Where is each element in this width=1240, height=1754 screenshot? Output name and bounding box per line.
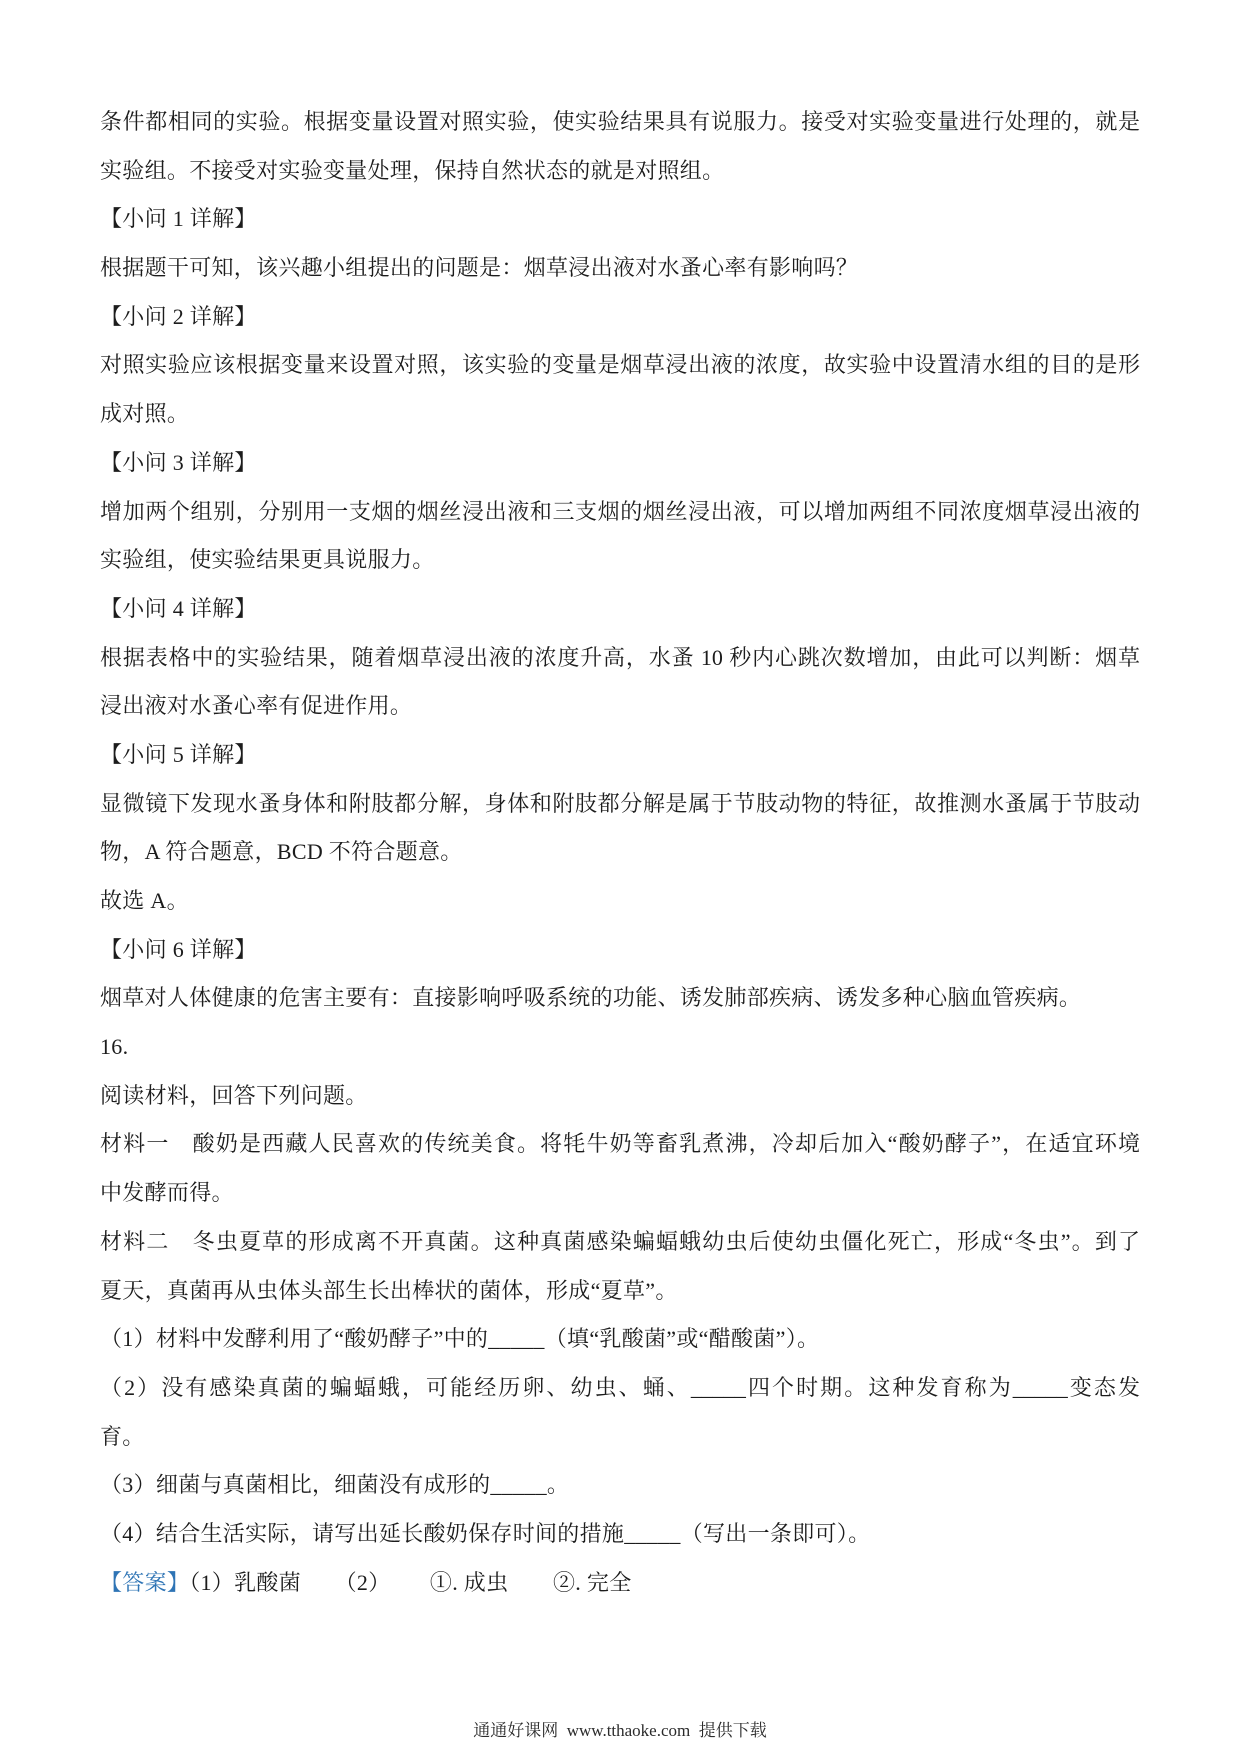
document-page: { "page": { "colors": { "background": "#… — [0, 0, 1240, 1754]
doc-line: 根据表格中的实验结果，随着烟草浸出液的浓度升高，水蚤 10 秒内心跳次数增加，由… — [100, 634, 1140, 683]
doc-line: 育。 — [100, 1413, 1140, 1462]
doc-line: 显微镜下发现水蚤身体和附肢都分解，身体和附肢都分解是属于节肢动物的特征，故推测水… — [100, 780, 1140, 829]
doc-line: （3）细菌与真菌相比，细菌没有成形的_____。 — [100, 1461, 1140, 1510]
doc-line: 材料二 冬虫夏草的形成离不开真菌。这种真菌感染蝙蝠蛾幼虫后使幼虫僵化死亡，形成“… — [100, 1218, 1140, 1267]
subquestion-heading: 【小问 3 详解】 — [100, 439, 1140, 488]
doc-line: （1）材料中发酵利用了“酸奶酵子”中的_____（填“乳酸菌”或“醋酸菌”）。 — [100, 1315, 1140, 1364]
doc-line: 对照实验应该根据变量来设置对照，该实验的变量是烟草浸出液的浓度，故实验中设置清水… — [100, 341, 1140, 390]
doc-line: （4）结合生活实际，请写出延长酸奶保存时间的措施_____（写出一条即可）。 — [100, 1510, 1140, 1559]
document-body: 条件都相同的实验。根据变量设置对照实验，使实验结果具有说服力。接受对实验变量进行… — [100, 98, 1140, 1607]
doc-line: 浸出液对水蚤心率有促进作用。 — [100, 682, 1140, 731]
doc-line: 夏天，真菌再从虫体头部生长出棒状的菌体，形成“夏草”。 — [100, 1267, 1140, 1316]
subquestion-heading: 【小问 1 详解】 — [100, 195, 1140, 244]
subquestion-heading: 【小问 4 详解】 — [100, 585, 1140, 634]
doc-line: （2）没有感染真菌的蝙蝠蛾，可能经历卵、幼虫、蛹、_____四个时期。这种发育称… — [100, 1364, 1140, 1413]
doc-line: 条件都相同的实验。根据变量设置对照实验，使实验结果具有说服力。接受对实验变量进行… — [100, 98, 1140, 147]
doc-line: 实验组。不接受对实验变量处理，保持自然状态的就是对照组。 — [100, 147, 1140, 196]
answer-line: 【答案】（1）乳酸菌 （2） ①. 成虫 ②. 完全 — [100, 1559, 1140, 1608]
doc-line: 增加两个组别，分别用一支烟的烟丝浸出液和三支烟的烟丝浸出液，可以增加两组不同浓度… — [100, 488, 1140, 537]
doc-line: 烟草对人体健康的危害主要有：直接影响呼吸系统的功能、诱发肺部疾病、诱发多种心脑血… — [100, 974, 1140, 1023]
doc-line: 成对照。 — [100, 390, 1140, 439]
answer-text: （1）乳酸菌 （2） ①. 成虫 ②. 完全 — [189, 1570, 631, 1595]
doc-line: 材料一 酸奶是西藏人民喜欢的传统美食。将牦牛奶等畜乳煮沸，冷却后加入“酸奶酵子”… — [100, 1120, 1140, 1169]
doc-line: 中发酵而得。 — [100, 1169, 1140, 1218]
answer-label: 【答案】 — [100, 1570, 189, 1595]
subquestion-heading: 【小问 2 详解】 — [100, 293, 1140, 342]
doc-line: 阅读材料，回答下列问题。 — [100, 1072, 1140, 1121]
doc-line: 根据题干可知，该兴趣小组提出的问题是：烟草浸出液对水蚤心率有影响吗？ — [100, 244, 1140, 293]
subquestion-heading: 【小问 5 详解】 — [100, 731, 1140, 780]
doc-line: 物，A 符合题意，BCD 不符合题意。 — [100, 828, 1140, 877]
question-number: 16. — [100, 1023, 1140, 1072]
doc-line: 实验组，使实验结果更具说服力。 — [100, 536, 1140, 585]
footer-credit: 通通好课网 www.tthaoke.com 提供下载 — [0, 1716, 1240, 1741]
doc-line: 故选 A。 — [100, 877, 1140, 926]
subquestion-heading: 【小问 6 详解】 — [100, 926, 1140, 975]
